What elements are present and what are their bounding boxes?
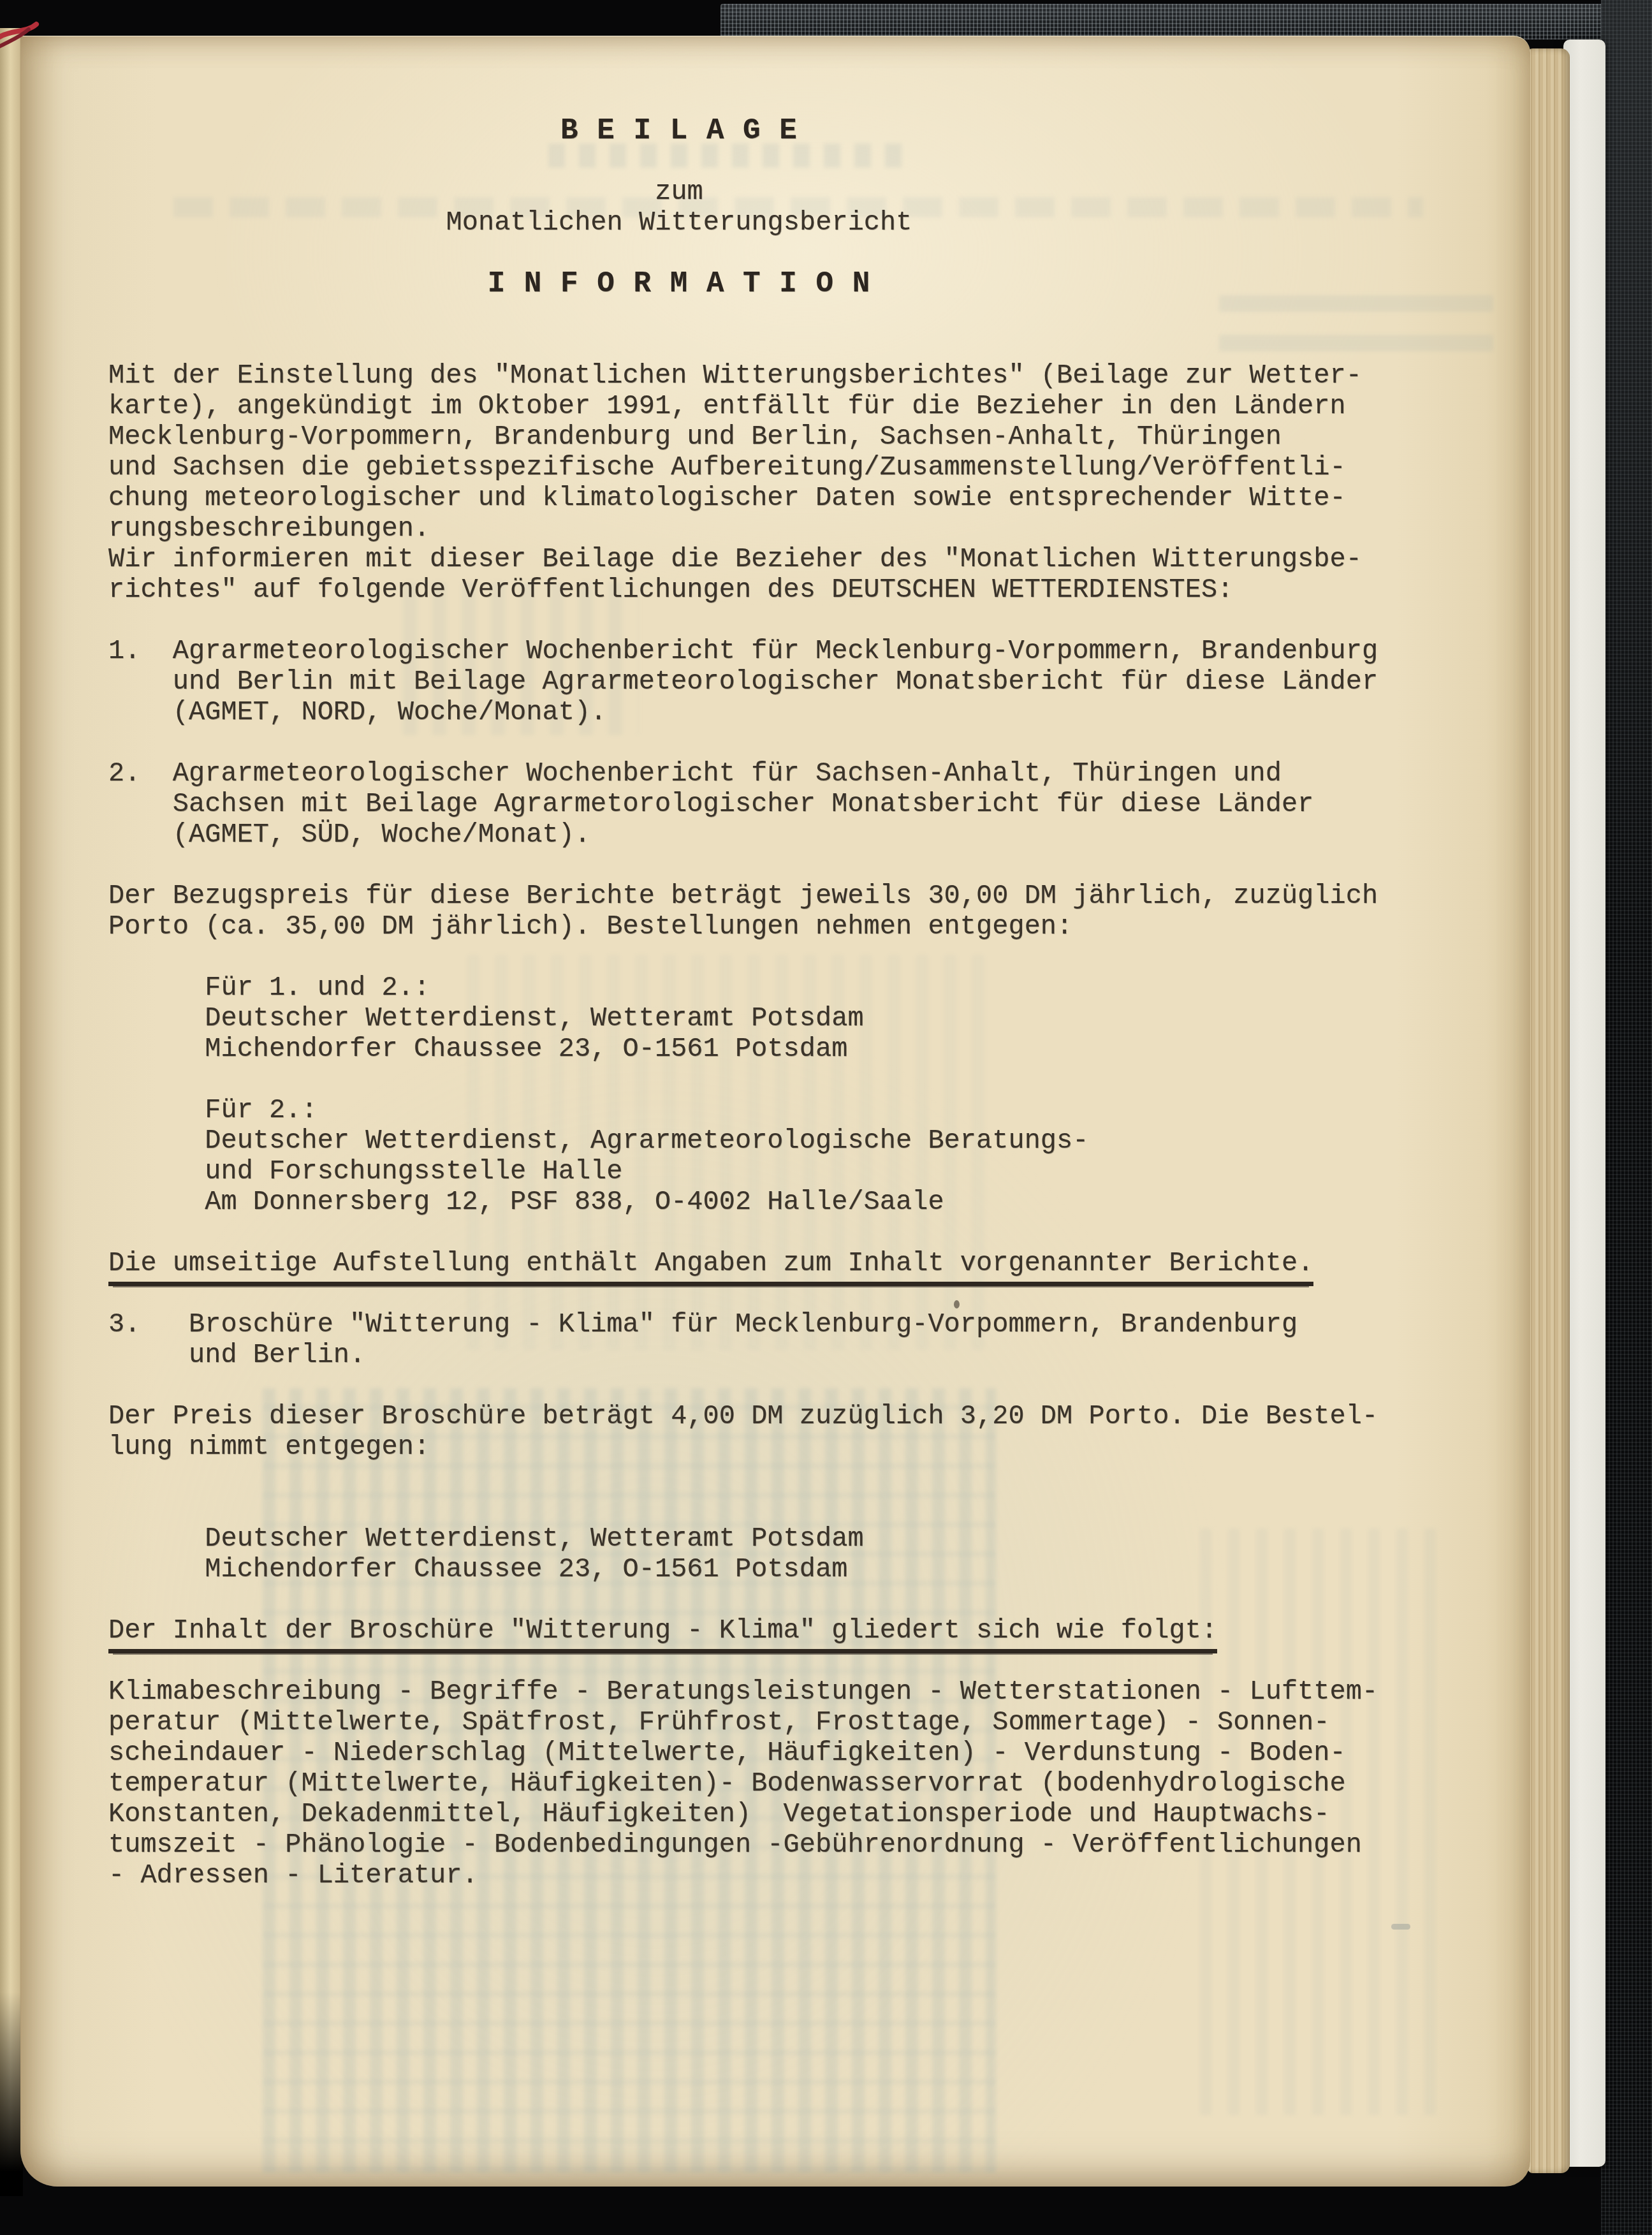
document-line: (AGMET, SÜD, Woche/Monat). [108,819,1378,850]
underlined-sentence: Der Inhalt der Broschüre "Witterung - Kl… [108,1615,1378,1646]
document-line: Deutscher Wetterdienst, Agrarmeteorologi… [108,1125,1378,1156]
document-line: und Sachsen die gebietsspezifische Aufbe… [108,452,1378,483]
blank-line [108,146,1378,177]
blank-line [108,1064,1378,1095]
typewriter-text-block: B E I L A G E zumMonatlichen Witterungsb… [108,115,1378,1891]
document-line: lung nimmt entgegen: [108,1432,1378,1462]
document-line: Deutscher Wetterdienst, Wetteramt Potsda… [108,1523,1378,1554]
document-line: 1. Agrarmeteorologischer Wochenbericht f… [108,636,1378,666]
document-heading: B E I L A G E [108,115,1250,146]
document-line: und Forschungsstelle Halle [108,1156,1378,1187]
document-line: Der Preis dieser Broschüre beträgt 4,00 … [108,1401,1378,1432]
document-line: Wir informieren mit dieser Beilage die B… [108,544,1378,575]
document-line: 2. Agrarmeteorologischer Wochenbericht f… [108,758,1378,789]
document-line: Sachsen mit Beilage Agrarmetorologischer… [108,789,1378,819]
document-line: Für 1. und 2.: [108,972,1378,1003]
document-line: scheindauer - Niederschlag (Mittelwerte,… [108,1738,1378,1768]
blank-line [108,942,1378,972]
document-line: temperatur (Mittelwerte, Häufigkeiten)- … [108,1768,1378,1799]
blank-line [108,850,1378,881]
document-line: Für 2.: [108,1095,1378,1125]
document-line: (AGMET, NORD, Woche/Monat). [108,697,1378,728]
document-line: Porto (ca. 35,00 DM jährlich). Bestellun… [108,911,1378,942]
document-line: Der Bezugspreis für diese Berichte beträ… [108,881,1378,911]
book-cover-cloth-right [1601,0,1652,2235]
red-bookmark-thread [0,18,57,67]
document-line: Klimabeschreibung - Begriffe - Beratungs… [108,1676,1378,1707]
document-line: Monatlichen Witterungsbericht [108,207,1250,238]
underlined-sentence: Die umseitige Aufstellung enthält Angabe… [108,1248,1378,1279]
document-line: 3. Broschüre "Witterung - Klima" für Mec… [108,1309,1378,1340]
document-line: Mecklenburg-Vorpommern, Brandenburg und … [108,421,1378,452]
document-line: und Berlin. [108,1340,1378,1370]
document-line: Am Donnersberg 12, PSF 838, O-4002 Halle… [108,1187,1378,1217]
document-line: Deutscher Wetterdienst, Wetteramt Potsda… [108,1003,1378,1034]
document-line: peratur (Mittelwerte, Spätfrost, Frühfro… [108,1707,1378,1738]
document-line: tumszeit - Phänologie - Bodenbedingungen… [108,1829,1378,1860]
blank-line [108,1370,1378,1401]
blank-line [108,728,1378,758]
document-heading: I N F O R M A T I O N [108,268,1250,299]
document-line: karte), angekündigt im Oktober 1991, ent… [108,391,1378,421]
blank-line [108,605,1378,636]
document-line: richtes" auf folgende Veröffentlichungen… [108,575,1378,605]
document-page: B E I L A G E zumMonatlichen Witterungsb… [20,36,1530,2187]
document-line: zum [108,177,1250,207]
blank-line [108,238,1378,268]
blank-line [108,1585,1378,1615]
document-line: und Berlin mit Beilage Agrarmeteorologis… [108,666,1378,697]
blank-line [108,1493,1378,1523]
document-line: Konstanten, Dekadenmittel, Häufigkeiten)… [108,1799,1378,1829]
document-line: Mit der Einstellung des "Monatlichen Wit… [108,360,1378,391]
blank-line [108,330,1378,360]
page-stack-edges [1528,48,1570,2173]
gutter-page-sliver [0,28,23,2196]
blank-line [108,1462,1378,1493]
document-line: - Adressen - Literatur. [108,1860,1378,1891]
document-line: Michendorfer Chaussee 23, O-1561 Potsdam [108,1034,1378,1064]
document-line: Michendorfer Chaussee 23, O-1561 Potsdam [108,1554,1378,1585]
document-line: rungsbeschreibungen. [108,513,1378,544]
scanned-book-page: B E I L A G E zumMonatlichen Witterungsb… [0,0,1652,2235]
book-cover-cloth-top [720,4,1621,40]
document-line: chung meteorologischer und klimatologisc… [108,483,1378,513]
blank-line [108,1217,1378,1248]
blank-line [108,299,1378,330]
scan-smudge [1391,1924,1410,1930]
